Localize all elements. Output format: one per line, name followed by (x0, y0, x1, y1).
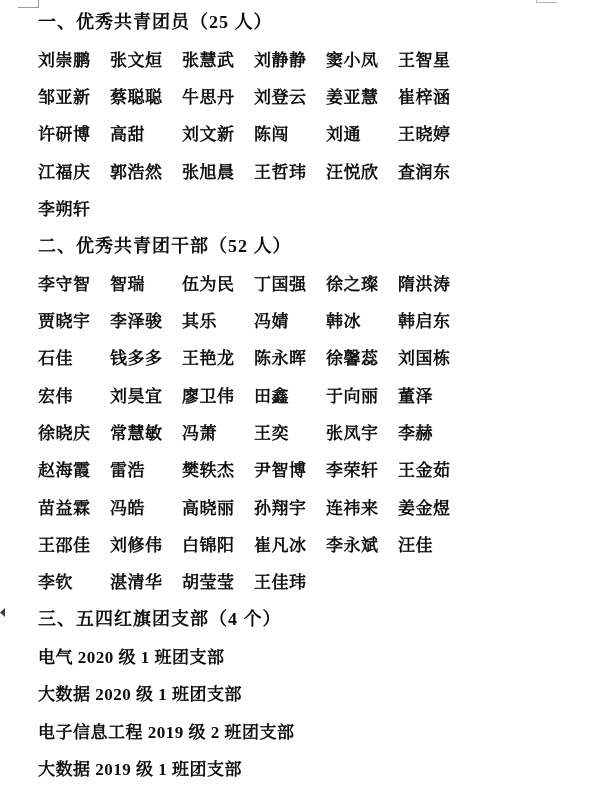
person-name: 冯萧 (182, 419, 254, 444)
person-name: 崔梓涵 (398, 83, 578, 108)
person-name: 韩启东 (398, 307, 578, 332)
name-row: 宏伟 刘昊宜 廖卫伟 田鑫 于向丽 董泽 (38, 375, 578, 412)
person-name: 刘崇鹏 (38, 46, 110, 71)
person-name: 汪佳 (398, 531, 578, 556)
person-name: 李泽骏 (110, 307, 182, 332)
name-row: 赵海霞 雷浩 樊轶杰 尹智博 李荣轩 王金茹 (38, 450, 578, 487)
league-branch-item: 大数据 2020 级 1 班团支部 (38, 674, 578, 711)
person-name: 刘修伟 (110, 531, 182, 556)
person-name: 樊轶杰 (182, 456, 254, 481)
person-name: 常慧敏 (110, 419, 182, 444)
name-row: 贾晓宇 李泽骏 其乐 冯婧 韩冰 韩启东 (38, 301, 578, 338)
person-name: 刘静静 (254, 46, 326, 71)
person-name: 许研博 (38, 120, 110, 145)
person-name: 其乐 (182, 307, 254, 332)
person-name: 陈闯 (254, 120, 326, 145)
person-name: 徐之璨 (326, 270, 398, 295)
document-page-content: 一、优秀共青团员（25 人） 刘崇鹏 张文烜 张慧武 刘静静 窦小凤 王智星 邹… (38, 2, 578, 786)
person-name: 雷浩 (110, 456, 182, 481)
person-name: 刘国栋 (398, 344, 578, 369)
person-name: 张旭晨 (182, 158, 254, 183)
person-name: 智瑞 (110, 270, 182, 295)
person-name: 白锦阳 (182, 531, 254, 556)
person-name: 廖卫伟 (182, 382, 254, 407)
person-name: 王奕 (254, 419, 326, 444)
person-name: 王金茹 (398, 456, 578, 481)
name-row: 苗益霖 冯皓 高晓丽 孙翔宇 连祎来 姜金煜 (38, 487, 578, 524)
person-name: 韩冰 (326, 307, 398, 332)
name-row: 李朔轩 (38, 189, 578, 226)
person-name: 江福庆 (38, 158, 110, 183)
person-name: 刘通 (326, 120, 398, 145)
person-name: 陈永晖 (254, 344, 326, 369)
person-name: 孙翔宇 (254, 494, 326, 519)
person-name: 李永斌 (326, 531, 398, 556)
person-name: 冯婧 (254, 307, 326, 332)
person-name: 胡莹莹 (182, 568, 254, 593)
person-name: 王智星 (398, 46, 578, 71)
person-name: 崔凡冰 (254, 531, 326, 556)
person-name: 李朔轩 (38, 195, 110, 220)
person-name: 隋洪涛 (398, 270, 578, 295)
name-row: 石佳 钱多多 王艳龙 陈永晖 徐馨蕊 刘国栋 (38, 338, 578, 375)
person-name: 石佳 (38, 344, 110, 369)
person-name: 蔡聪聪 (110, 83, 182, 108)
person-name: 郭浩然 (110, 158, 182, 183)
section-3-heading: 三、五四红旗团支部（4 个） (38, 600, 578, 637)
person-name: 王哲玮 (254, 158, 326, 183)
person-name: 苗益霖 (38, 494, 110, 519)
person-name: 张凤宇 (326, 419, 398, 444)
name-row: 邹亚新 蔡聪聪 牛思丹 刘登云 姜亚慧 崔梓涵 (38, 77, 578, 114)
person-name: 刘登云 (254, 83, 326, 108)
person-name: 李守智 (38, 270, 110, 295)
person-name: 于向丽 (326, 382, 398, 407)
league-branch-item: 大数据 2019 级 1 班团支部 (38, 749, 578, 786)
person-name: 钱多多 (110, 344, 182, 369)
person-name: 赵海霞 (38, 456, 110, 481)
person-name: 高甜 (110, 120, 182, 145)
name-row: 王邵佳 刘修伟 白锦阳 崔凡冰 李永斌 汪佳 (38, 525, 578, 562)
person-name: 高晓丽 (182, 494, 254, 519)
person-name: 李荣轩 (326, 456, 398, 481)
person-name: 徐馨蕊 (326, 344, 398, 369)
name-row: 刘崇鹏 张文烜 张慧武 刘静静 窦小凤 王智星 (38, 39, 578, 76)
person-name: 董泽 (398, 382, 578, 407)
name-row: 李守智 智瑞 伍为民 丁国强 徐之璨 隋洪涛 (38, 263, 578, 300)
object-anchor-icon (0, 608, 5, 617)
person-name: 丁国强 (254, 270, 326, 295)
name-row: 江福庆 郭浩然 张旭晨 王哲玮 汪悦欣 查润东 (38, 151, 578, 188)
person-name: 伍为民 (182, 270, 254, 295)
person-name: 牛思丹 (182, 83, 254, 108)
person-name: 张慧武 (182, 46, 254, 71)
section-2-heading: 二、优秀共青团干部（52 人） (38, 226, 578, 263)
name-row: 李钦 湛清华 胡莹莹 王佳玮 (38, 562, 578, 599)
margin-crop-mark-top-left-horizontal (18, 7, 39, 8)
person-name: 姜亚慧 (326, 83, 398, 108)
person-name: 张文烜 (110, 46, 182, 71)
person-name: 王晓婷 (398, 120, 578, 145)
person-name: 湛清华 (110, 568, 182, 593)
person-name: 王邵佳 (38, 531, 110, 556)
person-name: 刘昊宜 (110, 382, 182, 407)
name-row: 许研博 高甜 刘文新 陈闯 刘通 王晓婷 (38, 114, 578, 151)
person-name: 王佳玮 (254, 568, 326, 593)
name-row: 徐晓庆 常慧敏 冯萧 王奕 张凤宇 李赫 (38, 413, 578, 450)
person-name: 贾晓宇 (38, 307, 110, 332)
section-1-heading: 一、优秀共青团员（25 人） (38, 2, 578, 39)
person-name: 王艳龙 (182, 344, 254, 369)
person-name: 尹智博 (254, 456, 326, 481)
league-branch-item: 电子信息工程 2019 级 2 班团支部 (38, 712, 578, 749)
person-name: 查润东 (398, 158, 578, 183)
person-name: 冯皓 (110, 494, 182, 519)
person-name: 李赫 (398, 419, 578, 444)
person-name: 邹亚新 (38, 83, 110, 108)
person-name: 姜金煜 (398, 494, 578, 519)
league-branch-item: 电气 2020 级 1 班团支部 (38, 637, 578, 674)
person-name: 田鑫 (254, 382, 326, 407)
person-name: 窦小凤 (326, 46, 398, 71)
person-name: 连祎来 (326, 494, 398, 519)
person-name: 徐晓庆 (38, 419, 110, 444)
person-name: 汪悦欣 (326, 158, 398, 183)
person-name: 刘文新 (182, 120, 254, 145)
person-name: 宏伟 (38, 382, 110, 407)
person-name: 李钦 (38, 568, 110, 593)
